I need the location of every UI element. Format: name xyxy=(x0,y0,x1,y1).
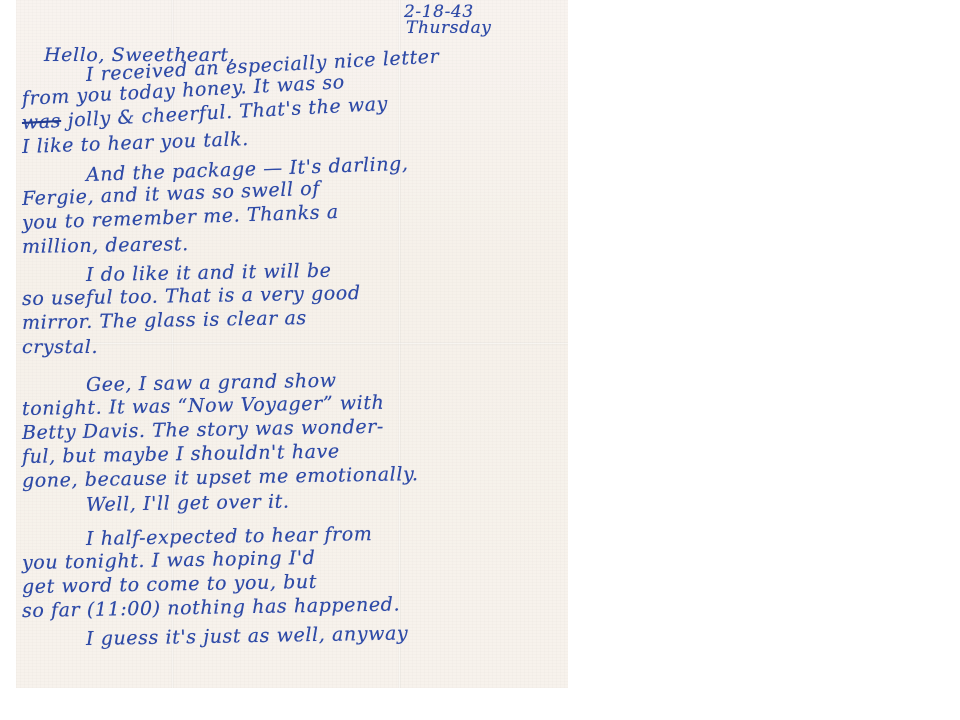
line-text: I guess it's just as well, anyway xyxy=(86,622,409,650)
line-text: get word to come to you, but xyxy=(22,571,317,598)
letter-line: crystal. xyxy=(22,338,98,357)
letter-line: gone, because it upset me emotionally. xyxy=(22,465,419,491)
letter-line: ful, but maybe I shouldn't have xyxy=(22,442,340,467)
letter-line: I do like it and it will be xyxy=(86,262,332,285)
letter-line: I guess it's just as well, anyway xyxy=(86,624,409,649)
line-text: gone, because it upset me emotionally. xyxy=(22,463,419,492)
letter-line: mirror. The glass is clear as xyxy=(22,309,307,333)
line-text: Gee, I saw a grand show xyxy=(86,370,337,396)
letter-line: Well, I'll get over it. xyxy=(86,492,290,515)
letter-page: 2-18-43 Thursday Hello, Sweetheart, I re… xyxy=(16,0,568,688)
line-text: I half-expected to hear from xyxy=(86,523,373,550)
letter-line: tonight. It was “Now Voyager” with xyxy=(22,394,385,419)
line-text: I like to hear you talk. xyxy=(22,128,250,158)
line-text: million, dearest. xyxy=(22,233,189,258)
letter-line: you tonight. I was hoping I'd xyxy=(22,549,316,573)
letter-line: so useful too. That is a very good xyxy=(22,284,361,309)
letter-weekday: Thursday xyxy=(406,20,492,37)
line-text: you tonight. I was hoping I'd xyxy=(22,547,316,574)
letter-line: Betty Davis. The story was wonder- xyxy=(22,418,384,443)
line-text: so useful too. That is a very good xyxy=(22,282,361,310)
struck-word: was xyxy=(21,110,61,134)
line-text: I do like it and it will be xyxy=(86,260,332,286)
letter-line: I half-expected to hear from xyxy=(86,525,373,549)
letter-line: get word to come to you, but xyxy=(22,573,317,597)
page: 2-18-43 Thursday Hello, Sweetheart, I re… xyxy=(0,0,960,720)
line-text: so far (11:00) nothing has happened. xyxy=(22,593,400,622)
line-text: mirror. The glass is clear as xyxy=(22,307,307,334)
line-text: Well, I'll get over it. xyxy=(86,490,290,516)
letter-line: million, dearest. xyxy=(22,235,189,257)
letter-line: Gee, I saw a grand show xyxy=(86,372,337,395)
line-text: crystal. xyxy=(22,336,98,358)
letter-line: so far (11:00) nothing has happened. xyxy=(22,595,400,621)
fold-crease-horizontal xyxy=(16,342,568,345)
line-text: ful, but maybe I shouldn't have xyxy=(22,440,340,468)
letter-line: I like to hear you talk. xyxy=(22,130,250,157)
